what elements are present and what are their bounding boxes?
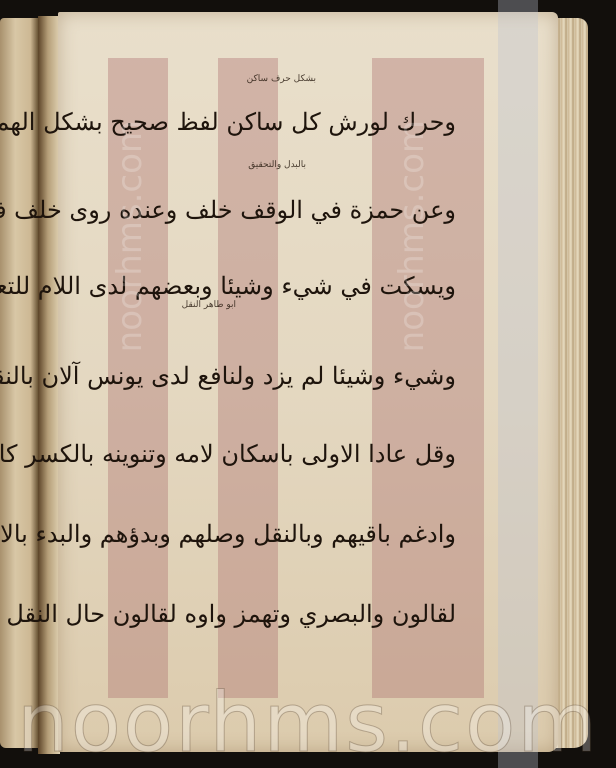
manuscript-photo: بشكل حرف ساكن وحرك لورش كل ساكن لفظ صحيح… xyxy=(0,0,616,768)
watermark-light-band xyxy=(498,0,538,768)
watermark-vertical: noorhms.com xyxy=(110,120,150,352)
gloss-text: ابو طاهر النقل xyxy=(182,300,236,310)
gloss-text: بشكل حرف ساكن xyxy=(247,74,316,84)
manuscript-line: ويسكت في شيء وشيئا وبعضهم لدى اللام للتع… xyxy=(0,272,456,300)
watermark-text: noorhms.com xyxy=(0,676,616,768)
manuscript-line: وقل عادا الاولى باسكان لامه وتنوينه بالك… xyxy=(0,440,456,468)
manuscript-line: وعن حمزة في الوقف خلف وعنده روى خلف في ا… xyxy=(0,196,456,224)
manuscript-line: وشيء وشيئا لم يزد ولنافع لدى يونس آلان ب… xyxy=(0,362,456,390)
manuscript-line: وحرك لورش كل ساكن لفظ صحيح بشكل الهمز وا… xyxy=(0,108,456,136)
manuscript-line: وادغم باقيهم وبالنقل وصلهم وبدؤهم والبدء… xyxy=(0,520,456,548)
manuscript-line: لقالون والبصري وتهمز واوه لقالون حال الن… xyxy=(0,600,456,628)
gloss-text: بالبدل والتحقيق xyxy=(248,160,306,170)
watermark-vertical: noorhms.com xyxy=(392,120,432,352)
